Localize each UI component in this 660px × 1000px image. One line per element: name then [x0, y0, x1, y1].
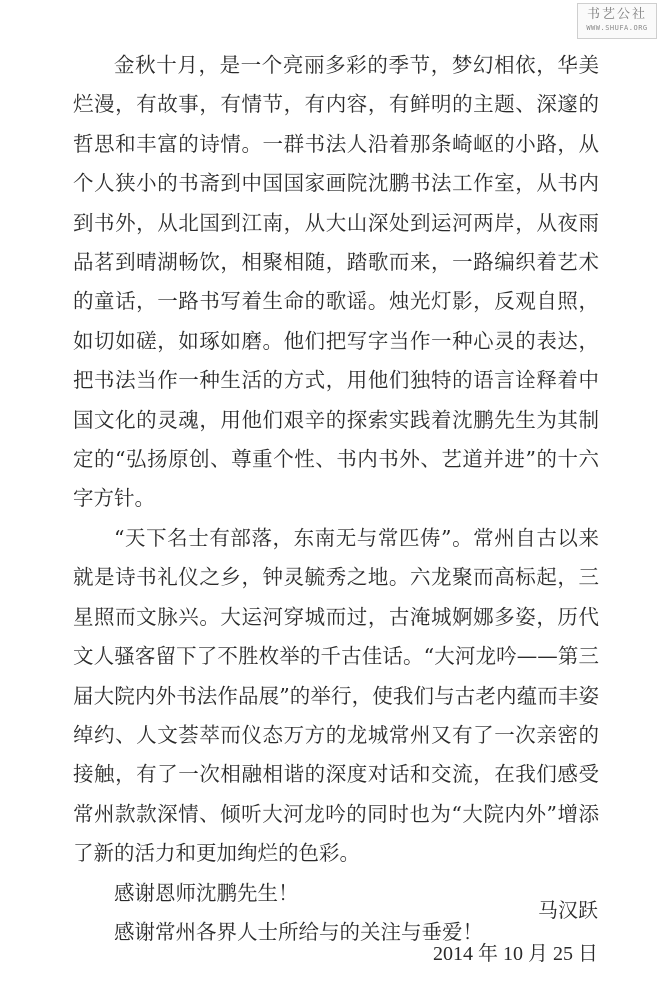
watermark-url: WWW.SHUFA.ORG: [578, 23, 656, 33]
signature-author: 马汉跃: [538, 894, 598, 923]
thanks-line-1: 感谢恩师沈鹏先生！: [73, 874, 599, 913]
paragraph-1: 金秋十月，是一个亮丽多彩的季节，梦幻相依，华美烂漫，有故事，有情节，有内容，有鲜…: [73, 46, 599, 519]
document-body: 金秋十月，是一个亮丽多彩的季节，梦幻相依，华美烂漫，有故事，有情节，有内容，有鲜…: [73, 46, 599, 952]
paragraph-2: “天下名士有部落，东南无与常匹俦”。常州自古以来就是诗书礼仪之乡，钟灵毓秀之地。…: [73, 519, 599, 874]
signature-date: 2014 年 10 月 25 日: [433, 937, 598, 966]
watermark-logo: 书艺公社 WWW.SHUFA.ORG: [577, 3, 657, 39]
watermark-name: 书艺公社: [578, 7, 656, 23]
